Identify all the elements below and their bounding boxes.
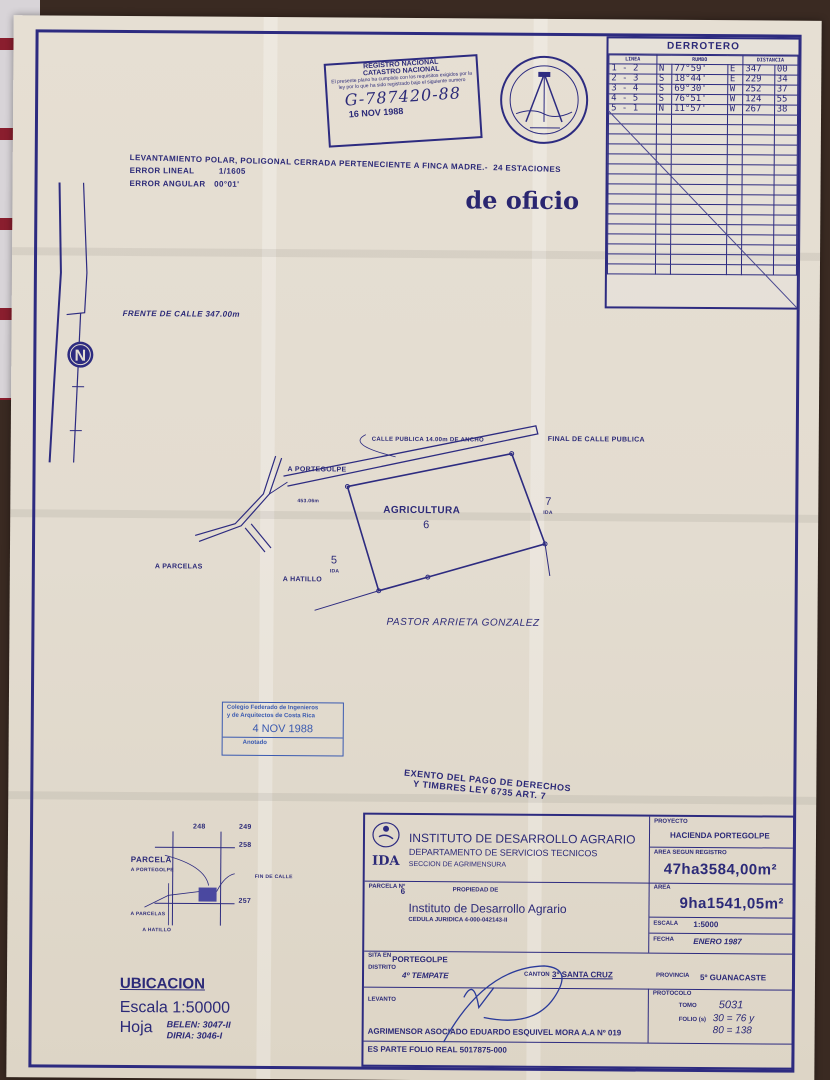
map-parcela-label: PARCELA: [131, 855, 172, 864]
a-parcelas-label: A PARCELAS: [155, 563, 203, 570]
section-name: SECCION DE AGRIMENSURA: [409, 861, 506, 869]
calle-publica-label: CALLE PUBLICA 14.00m DE ANCHO: [372, 437, 484, 444]
catastro-seal: [500, 56, 589, 145]
estaciones-text: 24 ESTACIONES: [493, 163, 561, 174]
folio-value-1: 30 = 76 y: [713, 1013, 754, 1024]
land-use-label: AGRICULTURA: [383, 505, 460, 517]
distancia-m: 267: [743, 105, 775, 115]
distancia-cm: 38: [774, 105, 798, 115]
colegio-label: Anotado: [223, 737, 343, 749]
owner-name: Instituto de Desarrollo Agrario: [408, 901, 566, 916]
error-lineal-label: ERROR LINEAL: [130, 166, 195, 175]
provincia-value: 5º GUANACASTE: [700, 973, 766, 982]
tomo-label: TOMO: [679, 1003, 697, 1009]
tripod-theodolite-icon: [502, 58, 587, 143]
title-block-row-levanto: LEVANTO AGRIMENSOR ASOCIADO EDUARDO ESQU…: [364, 987, 792, 1045]
grid-label: 248: [193, 823, 206, 830]
ubicacion-escala: Escala 1:50000: [120, 999, 230, 1018]
error-lineal-value: 1/1605: [219, 167, 246, 176]
registro-nacional-stamp: REGISTRO NACIONAL CATASTRO NACIONAL El p…: [324, 54, 483, 148]
derrotero-title: DERROTERO: [608, 38, 798, 55]
derrotero-table: DERROTERO LINEA RUMBO DISTANCIA 1 - 2 N …: [605, 36, 801, 309]
proyecto-value: HACIENDA PORTEGOLPE: [670, 831, 770, 841]
folio-label: FOLIO (s): [679, 1017, 706, 1023]
rumbo-ew: W: [727, 105, 743, 115]
a-hatillo-label: A HATILLO: [283, 576, 322, 583]
a-portegolpe-label: A PORTEGOLPE: [288, 466, 347, 473]
tomo-value: 5031: [719, 999, 744, 1011]
map-fin-de-calle: FIN DE CALLE: [255, 874, 293, 880]
north-arrow-icon: N: [46, 182, 98, 462]
colegio-date: 4 NOV 1988: [223, 723, 343, 736]
exento-stamp: EXENTO DEL PAGO DE DERECHOS Y TIMBRES LE…: [403, 768, 572, 804]
hoja-values: BELEN: 3047-II DIRIA: 3046-I: [167, 1019, 231, 1041]
folio-real: ES PARTE FOLIO REAL 5017875-000: [367, 1045, 506, 1055]
distance-label: 453.06m: [297, 498, 319, 504]
rumbo-angle: 11°57': [672, 104, 728, 114]
drawing-frame: REGISTRO NACIONAL CATASTRO NACIONAL El p…: [28, 29, 801, 1072]
ubicacion-title: UBICACION: [120, 975, 205, 993]
rumbo-ns: N: [656, 104, 672, 114]
fecha-value: ENERO 1987: [693, 937, 742, 946]
neighbor-west-number: 5: [331, 554, 337, 566]
folio-value-2: 80 = 138: [713, 1025, 752, 1036]
grid-label: 249: [239, 824, 252, 831]
title-block-row-owner: PARCELA Nº 6 PROPIEDAD DE Instituto de D…: [364, 881, 792, 955]
grid-label: 257: [239, 898, 252, 905]
linea: 5 - 1: [609, 104, 657, 114]
final-calle-label: FINAL DE CALLE PUBLICA: [548, 436, 645, 444]
area-label: AREA: [654, 885, 671, 891]
map-a-parcelas: A PARCELAS: [130, 911, 165, 917]
survey-plan-document: REGISTRO NACIONAL CATASTRO NACIONAL El p…: [6, 15, 821, 1080]
neighbor-east-number: 7: [545, 496, 551, 508]
levanto-label: LEVANTO: [368, 997, 396, 1003]
colegio-line-2: y de Arquitectos de Costa Rica: [223, 713, 343, 720]
ida-logo: IDA: [371, 821, 401, 865]
parcela-value: 6: [401, 887, 406, 896]
area-value: 9ha1541,05m²: [679, 895, 784, 913]
error-angular-value: 00°01': [214, 180, 239, 189]
neighbor-west-owner: IDA: [330, 568, 340, 574]
colegio-stamp: Colegio Federado de Ingenieros y de Arqu…: [222, 702, 344, 757]
title-block-row-institution: IDA INSTITUTO DE DESARROLLO AGRARIO DEPA…: [365, 815, 793, 885]
escala-value: 1:5000: [693, 920, 718, 929]
error-angular-label: ERROR ANGULAR: [130, 179, 206, 189]
svg-text:N: N: [74, 348, 86, 365]
area-registro-label: AREA SEGUN REGISTRO: [654, 850, 727, 857]
proyecto-label: PROYECTO: [654, 819, 688, 825]
parcel-number: 6: [423, 519, 429, 531]
sita-label: SITA EN: [368, 953, 391, 959]
distrito-label: DISTRITO: [368, 965, 396, 971]
department-name: DEPARTAMENTO DE SERVICIOS TECNICOS: [409, 847, 598, 858]
signature: [424, 957, 575, 1048]
fecha-label: FECHA: [653, 937, 674, 943]
map-a-portegolpe: A PORTEGOLPE: [131, 867, 174, 873]
frente-de-calle-label: FRENTE DE CALLE 347.00m: [123, 309, 240, 319]
hoja-belen: BELEN: 3047-II: [167, 1019, 231, 1030]
grid-label: 258: [239, 842, 252, 849]
propiedad-label: PROPIEDAD DE: [453, 887, 499, 893]
map-a-hatillo: A HATILLO: [142, 927, 171, 933]
ida-logo-icon: [371, 821, 401, 849]
protocolo-label: PROTOCOLO: [653, 991, 692, 997]
neighbor-south-label: PASTOR ARRIETA GONZALEZ: [386, 617, 539, 629]
de-oficio-stamp: de oficio: [465, 185, 579, 215]
institution-name: INSTITUTO DE DESARROLLO AGRARIO: [409, 831, 636, 847]
title-block: IDA INSTITUTO DE DESARROLLO AGRARIO DEPA…: [361, 813, 795, 1070]
derrotero-row: 5 - 1 N 11°57' W 267 38: [609, 104, 798, 115]
neighbor-east-owner: IDA: [543, 510, 553, 516]
hoja-label: Hoja: [120, 1019, 153, 1037]
area-registro-value: 47ha3584,00m²: [664, 861, 777, 879]
provincia-label: PROVINCIA: [656, 973, 689, 979]
cedula-juridica: CEDULA JURIDICA 4-000-042143-II: [408, 917, 507, 924]
escala-label: ESCALA: [653, 921, 678, 927]
hoja-diria: DIRIA: 3046-I: [167, 1030, 231, 1041]
